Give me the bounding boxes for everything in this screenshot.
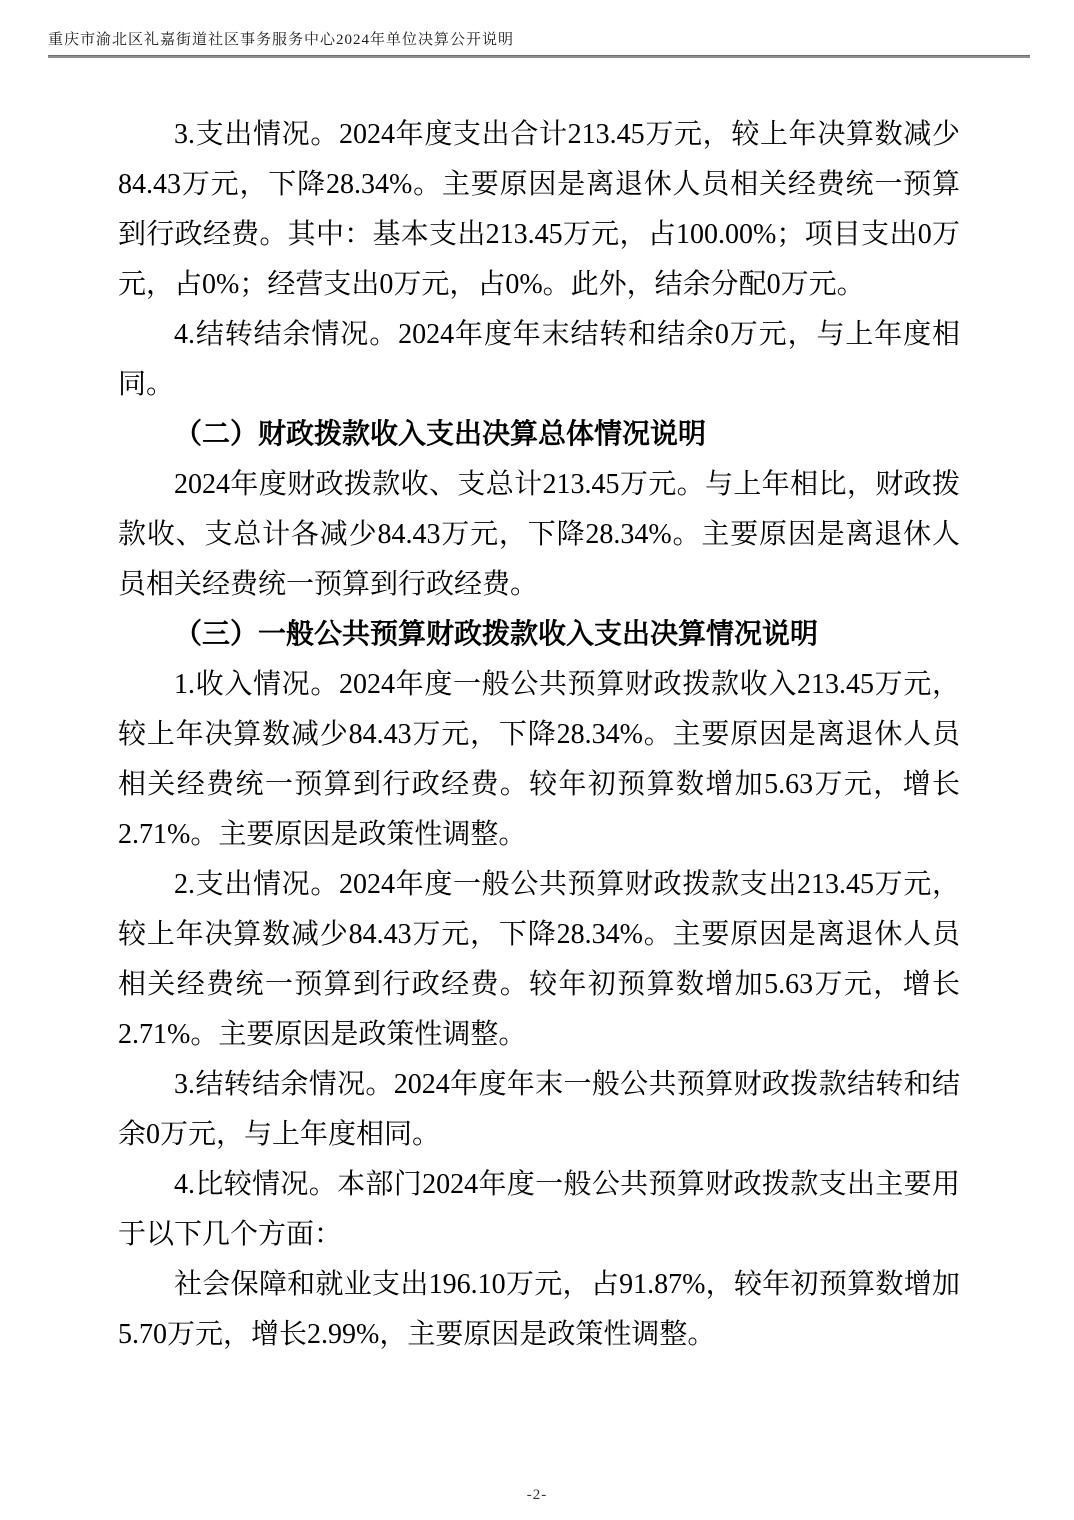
header-rule-divider bbox=[48, 55, 1030, 58]
heading-section-2-fiscal-appropriation: （二）财政拨款收入支出决算总体情况说明 bbox=[118, 410, 960, 460]
heading-section-3-general-public-budget: （三）一般公共预算财政拨款收入支出决算情况说明 bbox=[118, 610, 960, 660]
para-general-budget-income: 1.收入情况。2024年度一般公共预算财政拨款收入213.45万元，较上年决算数… bbox=[118, 660, 960, 860]
para-comparison-intro: 4.比较情况。本部门2024年度一般公共预算财政拨款支出主要用于以下几个方面： bbox=[118, 1160, 960, 1260]
para-general-budget-expenditure: 2.支出情况。2024年度一般公共预算财政拨款支出213.45万元，较上年决算数… bbox=[118, 860, 960, 1060]
para-fiscal-appropriation-total: 2024年度财政拨款收、支总计213.45万元。与上年相比，财政拨款收、支总计各… bbox=[118, 460, 960, 610]
document-body: 3.支出情况。2024年度支出合计213.45万元，较上年决算数减少84.43万… bbox=[118, 110, 960, 1360]
para-total-expenditure: 3.支出情况。2024年度支出合计213.45万元，较上年决算数减少84.43万… bbox=[118, 110, 960, 310]
para-social-security-expenditure: 社会保障和就业支出196.10万元，占91.87%，较年初预算数增加5.70万元… bbox=[118, 1260, 960, 1360]
page-footer: -2- bbox=[0, 1486, 1074, 1504]
page-number: -2- bbox=[527, 1487, 548, 1503]
document-page: 重庆市渝北区礼嘉街道社区事务服务中心2024年单位决算公开说明 3.支出情况。2… bbox=[0, 0, 1074, 1520]
para-general-budget-carryover: 3.结转结余情况。2024年度年末一般公共预算财政拨款结转和结余0万元，与上年度… bbox=[118, 1060, 960, 1160]
para-carryover-balance: 4.结转结余情况。2024年度年末结转和结余0万元，与上年度相同。 bbox=[118, 310, 960, 410]
page-header: 重庆市渝北区礼嘉街道社区事务服务中心2024年单位决算公开说明 bbox=[48, 0, 1030, 58]
document-header-title: 重庆市渝北区礼嘉街道社区事务服务中心2024年单位决算公开说明 bbox=[48, 0, 1030, 50]
